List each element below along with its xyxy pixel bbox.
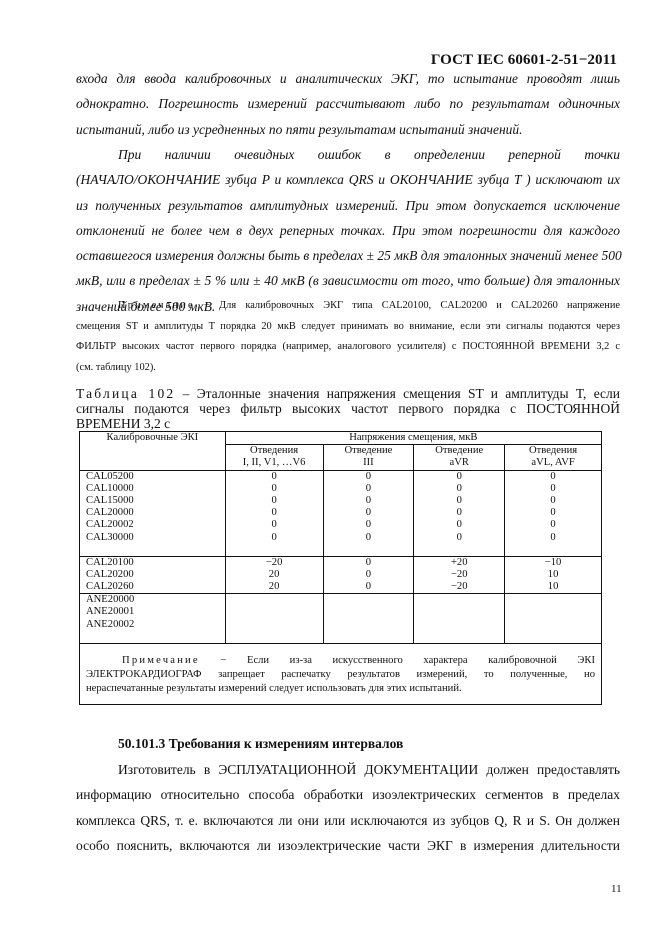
table-cell: 0 xyxy=(324,532,414,544)
header-line: Отведение xyxy=(324,445,414,457)
cell-calibration-ecg: CAL05200CAL10000CAL15000CAL20000CAL20002… xyxy=(80,470,226,556)
table-cell: −10 xyxy=(505,557,601,569)
table-cell: 0 xyxy=(226,483,323,495)
table-cell xyxy=(414,594,504,606)
table-row-group: ANE20000ANE20001ANE20002 xyxy=(80,594,602,644)
table-cell: CAL20002 xyxy=(86,519,225,531)
cell-calibration-ecg: ANE20000ANE20001ANE20002 xyxy=(80,594,226,644)
cell-value: −101010 xyxy=(505,556,602,594)
table-cell: 10 xyxy=(505,581,601,593)
text-line: сигналы подаются через фильтр высоких ча… xyxy=(76,401,620,416)
cell-value: +20−20−20 xyxy=(414,556,505,594)
paragraph-error-exclusion: При наличии очевидных ошибок в определен… xyxy=(76,142,620,319)
table-cell xyxy=(414,619,504,631)
table-cell: +20 xyxy=(414,557,504,569)
table-cell xyxy=(324,606,414,618)
text-line: особо пояснить, включаются ли изоэлектри… xyxy=(76,833,620,858)
cell-padding xyxy=(226,631,323,643)
column-group-header: Напряжения смещения, мкВ xyxy=(225,432,601,445)
caption-text: – Эталонные значения напряжения смещения… xyxy=(183,386,620,401)
cell-padding xyxy=(86,631,225,643)
header-line: III xyxy=(324,457,414,469)
text-line: смещения ST и амплитуды T порядка 20 мкВ… xyxy=(76,317,620,338)
table-row-group: CAL05200CAL10000CAL15000CAL20000CAL20002… xyxy=(80,470,602,556)
table-cell: 0 xyxy=(324,519,414,531)
table-cell: 20 xyxy=(226,581,323,593)
column-header-calibration-ecg: Калибровочные ЭКI xyxy=(80,432,226,471)
paragraph-interval-requirements: Изготовитель в ЭСПЛУАТАЦИОННОЙ ДОКУМЕНТА… xyxy=(76,757,620,858)
text-line: ВРЕМЕНИ 3,2 с xyxy=(76,416,620,431)
table-header-row: Калибровочные ЭКI Напряжения смещения, м… xyxy=(80,432,602,445)
table-cell: 0 xyxy=(324,495,414,507)
cell-value xyxy=(505,594,602,644)
table-note: Примечание − Если из-за искусственного х… xyxy=(80,643,602,704)
table-cell: 0 xyxy=(414,507,504,519)
cell-value: 000000 xyxy=(414,470,505,556)
table-cell: 0 xyxy=(414,532,504,544)
table-cell: CAL20000 xyxy=(86,507,225,519)
cell-padding xyxy=(505,631,601,643)
text-line: испытаний, либо из усредненных по пяти р… xyxy=(76,117,620,142)
cell-padding xyxy=(324,544,414,556)
table-cell: CAL20200 xyxy=(86,569,225,581)
table-cell: −20 xyxy=(414,581,504,593)
note-text: − Для калибровочных ЭКГ типа CAL20100, C… xyxy=(204,300,620,311)
table-cell: 0 xyxy=(414,495,504,507)
header-line: Отведения xyxy=(226,445,323,457)
table-cell: 10 xyxy=(505,569,601,581)
section-heading: 50.101.3 Требования к измерениям интерва… xyxy=(118,736,403,752)
table-cell: CAL10000 xyxy=(86,483,225,495)
table-cell xyxy=(505,594,601,606)
table-row-group: CAL20100CAL20200CAL20260−202020000+20−20… xyxy=(80,556,602,594)
table-cell: 0 xyxy=(226,471,323,483)
cell-padding xyxy=(505,544,601,556)
column-header-lead-III: ОтведениеIII xyxy=(323,445,414,470)
cell-padding xyxy=(226,544,323,556)
cell-value xyxy=(414,594,505,644)
table-cell: 0 xyxy=(226,495,323,507)
table-cell: 20 xyxy=(226,569,323,581)
text-line: Изготовитель в ЭСПЛУАТАЦИОННОЙ ДОКУМЕНТА… xyxy=(76,757,620,782)
text-line: однократно. Погрешность измерений рассчи… xyxy=(76,91,620,116)
cell-padding xyxy=(86,544,225,556)
text-line: комплекса QRS, т. е. включаются ли они и… xyxy=(76,808,620,833)
text-line: отклонений не более чем в двух реперных … xyxy=(76,218,620,243)
table-cell: 0 xyxy=(505,532,601,544)
table-cell: 0 xyxy=(226,507,323,519)
table-cell: ANE20000 xyxy=(86,594,225,606)
table-cell: CAL20260 xyxy=(86,581,225,593)
table-cell: 0 xyxy=(324,581,414,593)
text-line: ЭЛЕКТРОКАРДИОГРАФ запрещает распечатку р… xyxy=(86,668,595,682)
header-line: aVL, AVF xyxy=(505,457,601,469)
table-cell xyxy=(226,594,323,606)
cell-padding xyxy=(414,631,504,643)
table-cell: 0 xyxy=(324,471,414,483)
text-line: Примечание − Если из-за искусственного х… xyxy=(86,654,595,668)
table-cell: CAL15000 xyxy=(86,495,225,507)
cell-padding xyxy=(324,631,414,643)
table-cell xyxy=(505,606,601,618)
column-header-leads-aVL-AVF: ОтведенияaVL, AVF xyxy=(505,445,602,470)
table-cell: 0 xyxy=(505,471,601,483)
cell-value: 000000 xyxy=(225,470,323,556)
table-label: Таблица 102 xyxy=(76,386,175,401)
table-cell: 0 xyxy=(505,507,601,519)
table-cell: −20 xyxy=(226,557,323,569)
note-label: Примечание xyxy=(122,655,200,666)
cell-value: 000 xyxy=(323,556,414,594)
cell-value: −202020 xyxy=(225,556,323,594)
text-line: оставшегося измерения должны быть в пред… xyxy=(76,243,620,268)
text-line: Примечание − Для калибровочных ЭКГ типа … xyxy=(76,296,620,317)
cell-value: 000000 xyxy=(323,470,414,556)
text-line: ФИЛЬТР высоких частот первого порядка (н… xyxy=(76,337,620,358)
table-cell: CAL05200 xyxy=(86,471,225,483)
table-cell: 0 xyxy=(226,532,323,544)
reference-values-table: Калибровочные ЭКI Напряжения смещения, м… xyxy=(79,431,602,705)
header-line: I, II, V1, …V6 xyxy=(226,457,323,469)
table-cell xyxy=(414,606,504,618)
note-text: − Если из-за искусственного характера ка… xyxy=(220,655,595,666)
text-line: (НАЧАЛО/ОКОНЧАНИЕ зубца P и комплекса QR… xyxy=(76,167,620,192)
column-header-leads-I-II-V: ОтведенияI, II, V1, …V6 xyxy=(225,445,323,470)
table-caption: Таблица 102 – Эталонные значения напряже… xyxy=(76,386,620,431)
table-cell: 0 xyxy=(414,519,504,531)
table-cell: 0 xyxy=(505,495,601,507)
note-label: Примечание xyxy=(118,300,195,311)
table-cell xyxy=(226,619,323,631)
header-line: Отведение xyxy=(414,445,504,457)
text-line: При наличии очевидных ошибок в определен… xyxy=(76,142,620,167)
table-cell: CAL20100 xyxy=(86,557,225,569)
table-cell: 0 xyxy=(414,483,504,495)
table-cell xyxy=(324,619,414,631)
text-line: мкВ, или в пределах ± 5 % или ± 40 мкВ (… xyxy=(76,268,620,293)
table-cell: 0 xyxy=(324,483,414,495)
paragraph-test-procedure: входа для ввода калибровочных и аналитич… xyxy=(76,66,620,142)
table-cell xyxy=(505,619,601,631)
table-note-row: Примечание − Если из-за искусственного х… xyxy=(80,643,602,704)
cell-padding xyxy=(414,544,504,556)
table-cell xyxy=(226,606,323,618)
text-line: входа для ввода калибровочных и аналитич… xyxy=(76,66,620,91)
page-number: 11 xyxy=(611,883,622,895)
text-line: Таблица 102 – Эталонные значения напряже… xyxy=(76,386,620,401)
table-cell: 0 xyxy=(505,519,601,531)
text-line: информацию относительно способа обработк… xyxy=(76,782,620,807)
table-cell: 0 xyxy=(324,557,414,569)
cell-value: 000000 xyxy=(505,470,602,556)
table-cell: 0 xyxy=(414,471,504,483)
table-cell: 0 xyxy=(505,483,601,495)
table-cell xyxy=(324,594,414,606)
cell-calibration-ecg: CAL20100CAL20200CAL20260 xyxy=(80,556,226,594)
table-cell: 0 xyxy=(324,569,414,581)
table-cell: ANE20001 xyxy=(86,606,225,618)
table-cell: 0 xyxy=(324,507,414,519)
column-header-lead-aVR: ОтведениеaVR xyxy=(414,445,505,470)
text-line: нераспечатанные результаты измерений сле… xyxy=(86,682,595,696)
text-line: (см. таблицу 102). xyxy=(76,358,620,379)
text-line: из полученных результатов амплитудных из… xyxy=(76,193,620,218)
header-line: aVR xyxy=(414,457,504,469)
note-calibration-ecg: Примечание − Для калибровочных ЭКГ типа … xyxy=(76,296,620,378)
table-cell: 0 xyxy=(226,519,323,531)
cell-value xyxy=(225,594,323,644)
header-line: Отведения xyxy=(505,445,601,457)
table-cell: −20 xyxy=(414,569,504,581)
table-cell: CAL30000 xyxy=(86,532,225,544)
cell-value xyxy=(323,594,414,644)
table-cell: ANE20002 xyxy=(86,619,225,631)
